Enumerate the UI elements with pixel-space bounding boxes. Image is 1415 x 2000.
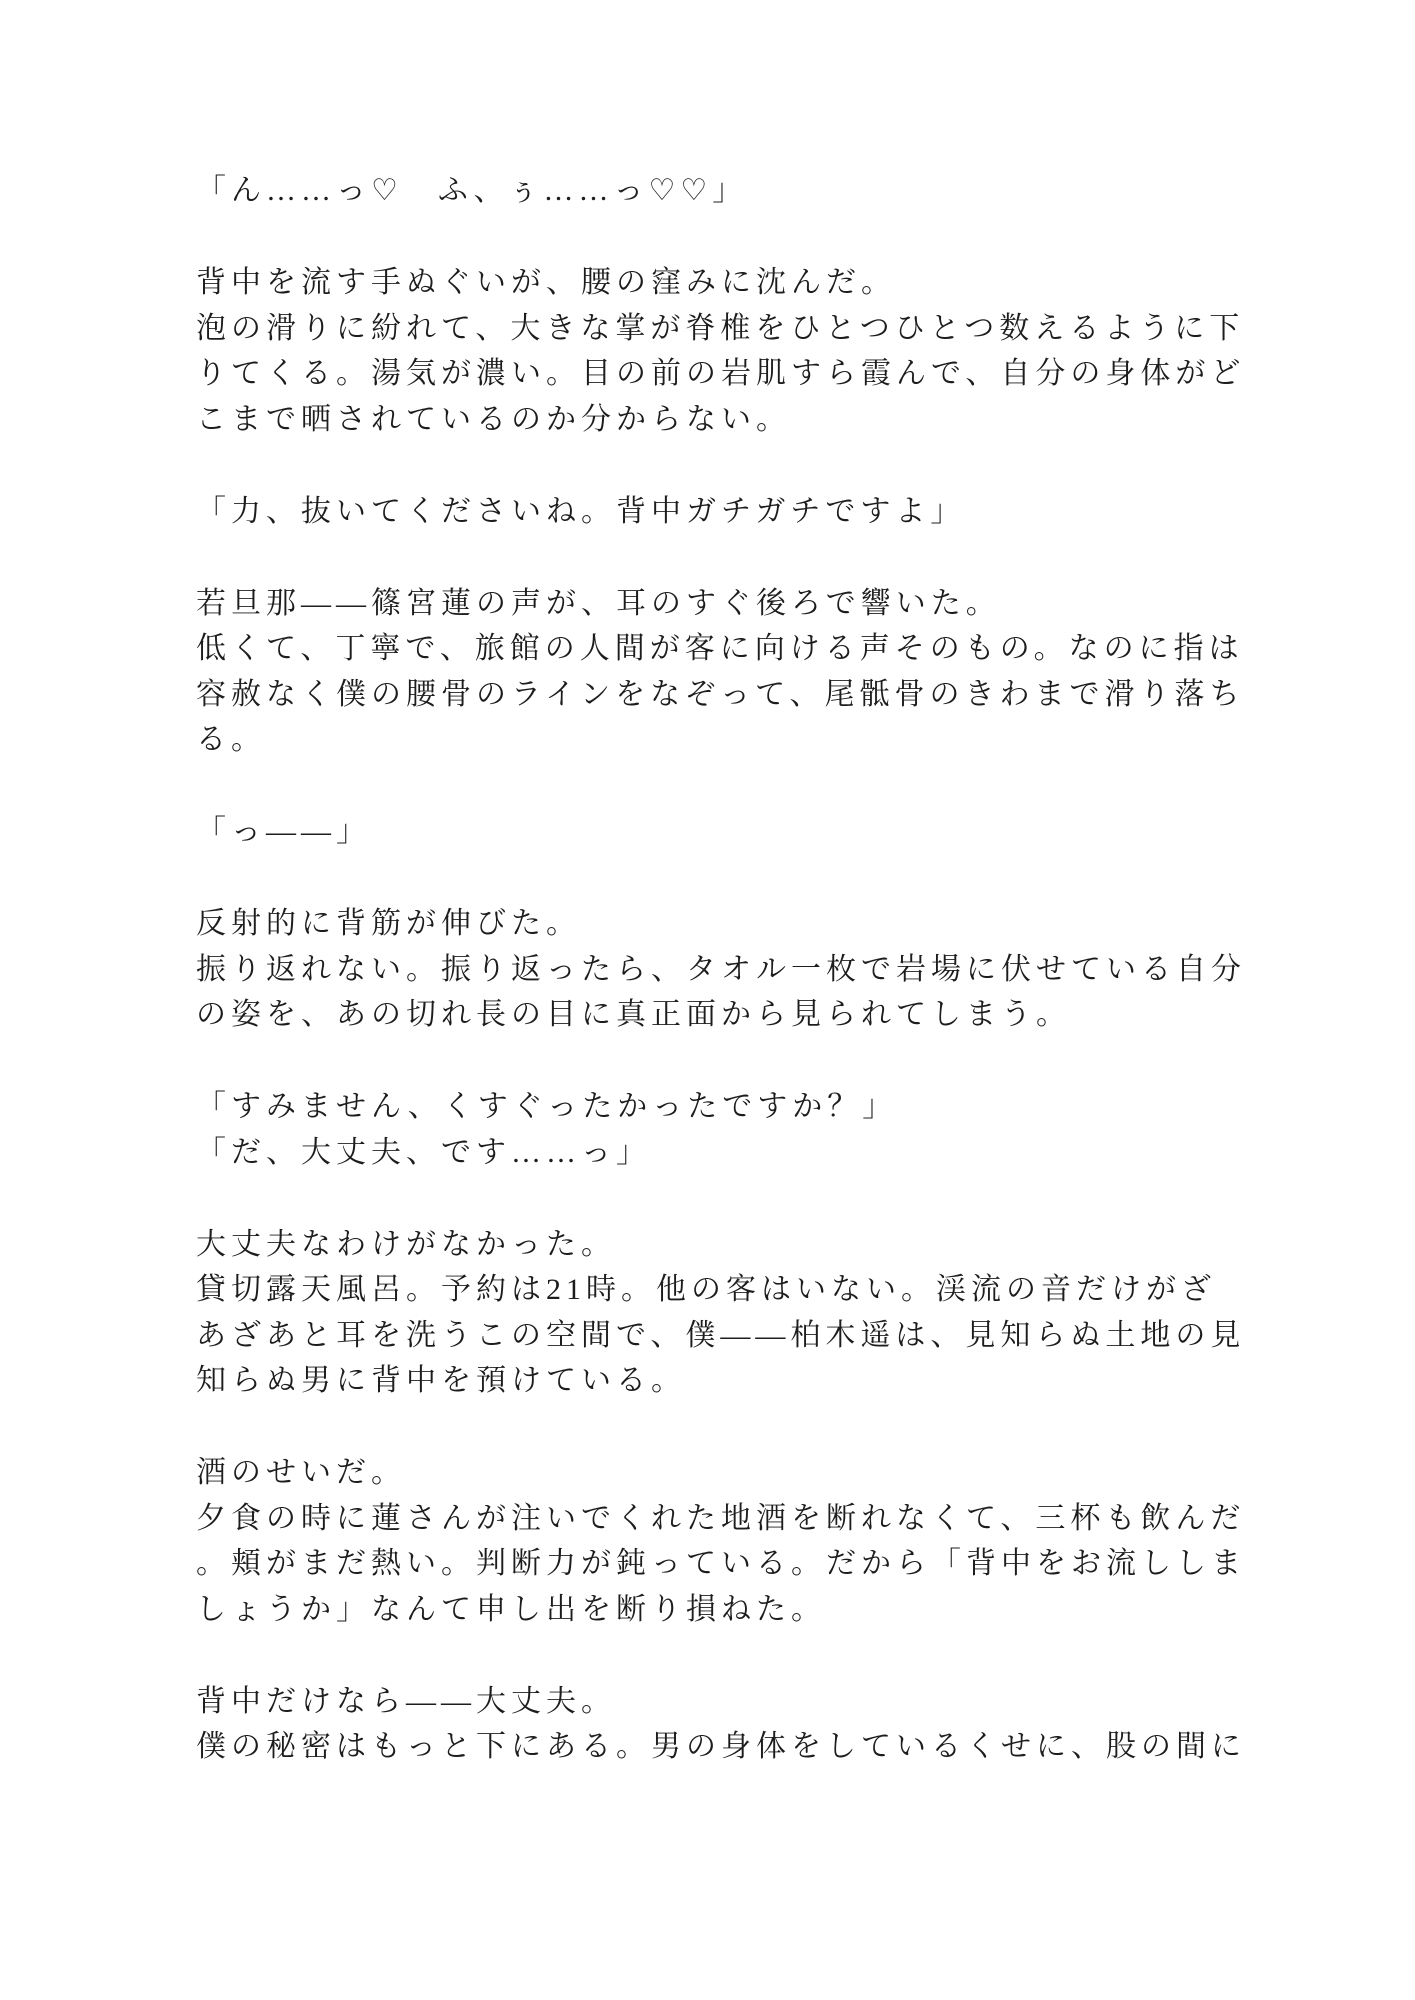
text-line: 「っ――」 [196,809,1295,855]
paragraph-dialogue: 「力、抜いてくださいね。背中ガチガチですよ」 [196,489,1295,535]
text-line: 「力、抜いてくださいね。背中ガチガチですよ」 [196,489,1295,535]
paragraph-narration: 若旦那――篠宮蓮の声が、耳のすぐ後ろで響いた。 低くて、丁寧で、旅館の人間が客に… [196,581,1295,763]
paragraph-narration: 背中だけなら――大丈夫。 僕の秘密はもっと下にある。男の身体をしているくせに、股… [196,1679,1295,1770]
text-line: の姿を、あの切れ長の目に真正面から見られてしまう。 [196,992,1295,1038]
text-line: る。 [196,717,1295,763]
paragraph-dialogue: 「すみません、くすぐったかったですか？」 「だ、大丈夫、です……っ」 [196,1084,1295,1175]
novel-page: 「ん……っ♡ ふ、ぅ……っ♡♡」 背中を流す手ぬぐいが、腰の窪みに沈んだ。 泡の… [0,0,1415,2000]
paragraph-narration: 大丈夫なわけがなかった。 貸切露天風呂。予約は21時。他の客はいない。渓流の音だ… [196,1222,1295,1404]
text-line: 容赦なく僕の腰骨のラインをなぞって、尾骶骨のきわまで滑り落ち [196,672,1295,718]
text-line: 。頬がまだ熱い。判断力が鈍っている。だから「背中をお流ししま [196,1541,1295,1587]
text-line: 「ん……っ♡ ふ、ぅ……っ♡♡」 [196,168,1295,214]
text-line: 泡の滑りに紛れて、大きな掌が脊椎をひとつひとつ数えるように下 [196,306,1295,352]
paragraph-dialogue: 「っ――」 [196,809,1295,855]
text-line: しょうか」なんて申し出を断り損ねた。 [196,1587,1295,1633]
text-line: こまで晒されているのか分からない。 [196,397,1295,443]
text-line: 反射的に背筋が伸びた。 [196,901,1295,947]
paragraph-dialogue: 「ん……っ♡ ふ、ぅ……っ♡♡」 [196,168,1295,214]
text-line: 若旦那――篠宮蓮の声が、耳のすぐ後ろで響いた。 [196,581,1295,627]
text-line: 背中だけなら――大丈夫。 [196,1679,1295,1725]
text-line: 「だ、大丈夫、です……っ」 [196,1130,1295,1176]
text-line: 振り返れない。振り返ったら、タオル一枚で岩場に伏せている自分 [196,947,1295,993]
text-line: 貸切露天風呂。予約は21時。他の客はいない。渓流の音だけがざ [196,1267,1295,1313]
paragraph-narration: 背中を流す手ぬぐいが、腰の窪みに沈んだ。 泡の滑りに紛れて、大きな掌が脊椎をひと… [196,260,1295,442]
text-line: 背中を流す手ぬぐいが、腰の窪みに沈んだ。 [196,260,1295,306]
text-line: 夕食の時に蓮さんが注いでくれた地酒を断れなくて、三杯も飲んだ [196,1496,1295,1542]
text-line: 酒のせいだ。 [196,1450,1295,1496]
text-line: 知らぬ男に背中を預けている。 [196,1358,1295,1404]
paragraph-narration: 酒のせいだ。 夕食の時に蓮さんが注いでくれた地酒を断れなくて、三杯も飲んだ 。頬… [196,1450,1295,1632]
text-line: あざあと耳を洗うこの空間で、僕――柏木遥は、見知らぬ土地の見 [196,1313,1295,1359]
text-line: 僕の秘密はもっと下にある。男の身体をしているくせに、股の間に [196,1724,1295,1770]
text-line: 低くて、丁寧で、旅館の人間が客に向ける声そのもの。なのに指は [196,626,1295,672]
text-line: 「すみません、くすぐったかったですか？」 [196,1084,1295,1130]
paragraph-narration: 反射的に背筋が伸びた。 振り返れない。振り返ったら、タオル一枚で岩場に伏せている… [196,901,1295,1038]
text-line: りてくる。湯気が濃い。目の前の岩肌すら霞んで、自分の身体がど [196,351,1295,397]
text-line: 大丈夫なわけがなかった。 [196,1222,1295,1268]
